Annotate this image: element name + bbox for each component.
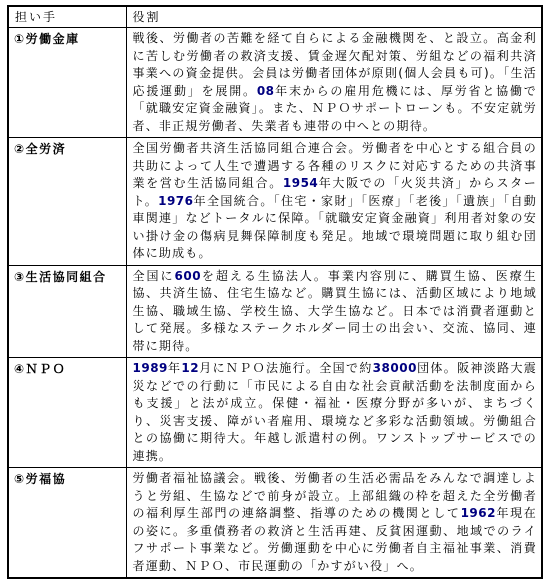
role-text-segment: 年 [168, 361, 181, 375]
highlighted-number: 1954 [283, 176, 318, 190]
role-text: 全国に600を超える生協法人。事業内容別に、購買生協、医療生協、共済生協、住宅生… [126, 265, 542, 358]
roles-table: 担い手 役割 ①労働金庫戦後、労働者の苦難を経て自らによる金融機関を、と設立。高… [7, 5, 543, 579]
highlighted-number: 600 [175, 269, 202, 283]
highlighted-number: 1989 [133, 361, 168, 375]
highlighted-number: 1962 [461, 506, 496, 520]
bearer-label: ④ＮＰＯ [8, 358, 126, 468]
table-body: ①労働金庫戦後、労働者の苦難を経て自らによる金融機関を、と設立。高金利に苦しむ労… [8, 28, 542, 579]
bearer-label: ②全労済 [8, 138, 126, 266]
highlighted-number: 08 [257, 84, 275, 98]
highlighted-number: 38000 [373, 361, 417, 375]
column-header-bearer: 担い手 [8, 6, 126, 28]
table-row: ①労働金庫戦後、労働者の苦難を経て自らによる金融機関を、と設立。高金利に苦しむ労… [8, 28, 542, 138]
role-text-segment: 年全国統合。「住宅・家財」「医療」「老後」「遺族」「自動車関連」などトータルに保… [133, 194, 538, 261]
document-page: 担い手 役割 ①労働金庫戦後、労働者の苦難を経て自らによる金融機関を、と設立。高… [0, 0, 550, 584]
role-text-segment: 全国に [133, 269, 175, 283]
bearer-label: ⑤労福協 [8, 468, 126, 579]
highlighted-number: 12 [181, 361, 199, 375]
role-text-segment: 団体。阪神淡路大震災などでの行動に「市民による自由な社会貢献活動を法制度面からも… [133, 361, 538, 463]
role-text: 戦後、労働者の苦難を経て自らによる金融機関を、と設立。高金利に苦しむ労働者の救済… [126, 28, 542, 138]
table-row: ④ＮＰＯ1989年12月にＮＰＯ法施行。全国で約38000団体。阪神淡路大震災な… [8, 358, 542, 468]
table-row: ③生活協同組合全国に600を超える生協法人。事業内容別に、購買生協、医療生協、共… [8, 265, 542, 358]
role-text: 1989年12月にＮＰＯ法施行。全国で約38000団体。阪神淡路大震災などでの行… [126, 358, 542, 468]
bearer-label: ③生活協同組合 [8, 265, 126, 358]
bearer-label: ①労働金庫 [8, 28, 126, 138]
role-text: 全国労働者共済生活協同組合連合会。労働者を中心とする組合員の共助によって人生で遭… [126, 138, 542, 266]
table-row: ②全労済全国労働者共済生活協同組合連合会。労働者を中心とする組合員の共助によって… [8, 138, 542, 266]
column-header-role: 役割 [126, 6, 542, 28]
role-text-segment: 月にＮＰＯ法施行。全国で約 [199, 361, 373, 375]
role-text: 労働者福祉協議会。戦後、労働者の生活必需品をみんなで調達しようと労組、生協などで… [126, 468, 542, 579]
highlighted-number: 1976 [158, 194, 193, 208]
table-row: ⑤労福協労働者福祉協議会。戦後、労働者の生活必需品をみんなで調達しようと労組、生… [8, 468, 542, 579]
table-header-row: 担い手 役割 [8, 6, 542, 28]
